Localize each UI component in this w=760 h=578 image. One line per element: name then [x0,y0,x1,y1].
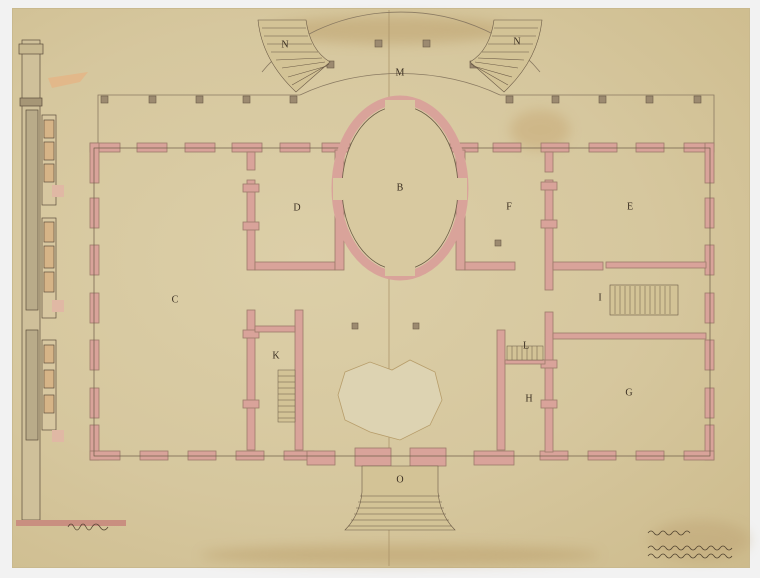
handwritten-inscriptions [0,0,760,578]
section-signature [68,524,108,530]
note-line-1 [648,531,690,535]
note-line-3 [648,554,732,558]
note-line-2 [648,546,732,550]
